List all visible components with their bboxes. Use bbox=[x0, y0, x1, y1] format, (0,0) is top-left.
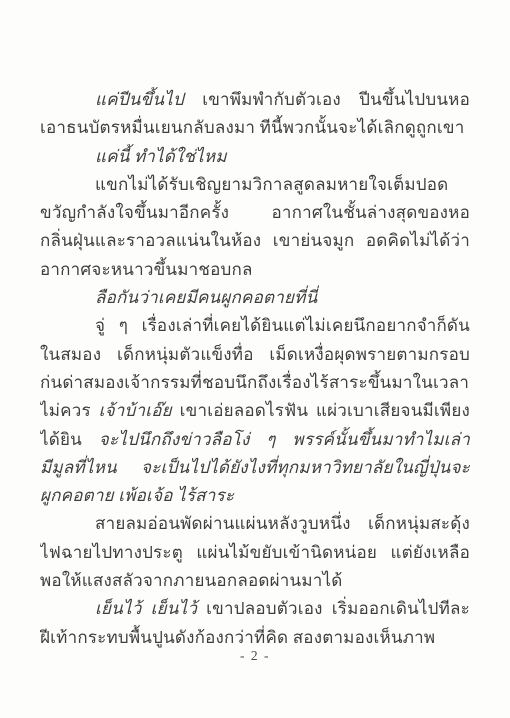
text-line: ขวัญกำลังใจขึ้นมาอีกครั้ง อากาศในชั้นล่า… bbox=[40, 199, 470, 227]
text-segment: จู่ ๆ เรื่องเล่าที่เคยได้ยินแต่ไม่เคยนึก… bbox=[95, 316, 470, 340]
text-line: เย็นไว้ เย็นไว้ เขาปลอบตัวเอง เริ่มออกเด… bbox=[40, 595, 470, 623]
text-line: สายลมอ่อนพัดผ่านแผ่นหลังวูบหนึ่ง เด็กหนุ… bbox=[40, 510, 470, 538]
page-number: - 2 - bbox=[0, 648, 510, 664]
text-line: จู่ ๆ เรื่องเล่าที่เคยได้ยินแต่ไม่เคยนึก… bbox=[40, 312, 470, 340]
text-segment: ก่นด่าสมองเจ้ากรรมที่ชอบนึกถึงเรื่องไร้ส… bbox=[40, 373, 469, 397]
text-segment: กลิ่นฝุ่นและราอวลแน่นในห้อง เขาย่นจมูก อ… bbox=[40, 231, 470, 255]
text-segment: สายลมอ่อนพัดผ่านแผ่นหลังวูบหนึ่ง เด็กหนุ… bbox=[95, 514, 470, 538]
text-line: ในสมอง เด็กหนุ่มตัวแข็งทื่อ เม็ดเหงื่อผุ… bbox=[40, 341, 470, 369]
italic-text-segment: แค่นี้ ทำได้ใช่ไหม bbox=[95, 147, 227, 166]
italic-text-segment: แค่ปีนขึ้นไป bbox=[95, 90, 202, 109]
page-text: แค่ปีนขึ้นไป เขาพึมพำกับตัวเอง ปีนขึ้นไป… bbox=[40, 86, 470, 652]
italic-text-segment: เจ้าบ้าเอ๊ย bbox=[99, 401, 180, 420]
text-line: เอาธนบัตรหมื่นเยนกลับลงมา ทีนี้พวกนั้นจะ… bbox=[40, 114, 470, 142]
text-segment: ได้ยิน bbox=[40, 430, 99, 449]
text-line: มีมูลที่ไหน จะเป็นไปได้ยังไงที่ทุกมหาวิท… bbox=[40, 454, 470, 482]
text-line: พอให้แสงสลัวจากภายนอกลอดผ่านมาได้ bbox=[40, 567, 470, 595]
text-line: แขกไม่ได้รับเชิญยามวิกาลสูดลมหายใจเต็มปอ… bbox=[40, 171, 470, 199]
text-line: กลิ่นฝุ่นและราอวลแน่นในห้อง เขาย่นจมูก อ… bbox=[40, 227, 470, 255]
text-line: ไฟฉายไปทางประตู แผ่นไม้ขยับเข้านิดหน่อย … bbox=[40, 539, 470, 567]
text-segment: ไฟฉายไปทางประตู แผ่นไม้ขยับเข้านิดหน่อย … bbox=[40, 543, 470, 567]
text-line: ไม่ควร เจ้าบ้าเอ๊ย เขาเอ่ยลอดไรฟัน แผ่วเ… bbox=[40, 397, 470, 425]
italic-text-segment: มีมูลที่ไหน จะเป็นไปได้ยังไงที่ทุกมหาวิท… bbox=[40, 458, 470, 482]
book-page: แค่ปีนขึ้นไป เขาพึมพำกับตัวเอง ปีนขึ้นไป… bbox=[0, 0, 510, 718]
text-segment: เอาธนบัตรหมื่นเยนกลับลงมา ทีนี้พวกนั้นจะ… bbox=[40, 118, 465, 142]
text-segment: ในสมอง เด็กหนุ่มตัวแข็งทื่อ เม็ดเหงื่อผุ… bbox=[40, 345, 470, 369]
italic-text-segment: ลือกันว่าเคยมีคนผูกคอตายที่นี่ bbox=[95, 288, 317, 307]
text-line: ก่นด่าสมองเจ้ากรรมที่ชอบนึกถึงเรื่องไร้ส… bbox=[40, 369, 470, 397]
text-segment: พอให้แสงสลัวจากภายนอกลอดผ่านมาได้ bbox=[40, 571, 342, 590]
italic-text-segment: ผูกคอตาย เพ้อเจ้อ ไร้สาระ bbox=[40, 486, 234, 505]
text-line: ลือกันว่าเคยมีคนผูกคอตายที่นี่ bbox=[40, 284, 470, 312]
text-segment: ไม่ควร bbox=[40, 401, 99, 420]
text-line: ผูกคอตาย เพ้อเจ้อ ไร้สาระ bbox=[40, 482, 470, 510]
text-line: แค่ปีนขึ้นไป เขาพึมพำกับตัวเอง ปีนขึ้นไป… bbox=[40, 86, 470, 114]
italic-text-segment: จะไปนึกถึงข่าวลือโง่ ๆ พรรค์นั้นขึ้นมาทำ… bbox=[40, 430, 470, 454]
italic-text-segment: เย็นไว้ เย็นไว้ bbox=[95, 599, 206, 618]
text-segment: อากาศจะหนาวขึ้นมาชอบกล bbox=[40, 260, 253, 279]
text-segment: ขวัญกำลังใจขึ้นมาอีกครั้ง อากาศในชั้นล่า… bbox=[40, 203, 470, 227]
text-line: แค่นี้ ทำได้ใช่ไหม bbox=[40, 143, 470, 171]
text-line: อากาศจะหนาวขึ้นมาชอบกล bbox=[40, 256, 470, 284]
text-line: ได้ยิน จะไปนึกถึงข่าวลือโง่ ๆ พรรค์นั้นข… bbox=[40, 426, 470, 454]
text-segment: แขกไม่ได้รับเชิญยามวิกาลสูดลมหายใจเต็มปอ… bbox=[95, 175, 448, 199]
